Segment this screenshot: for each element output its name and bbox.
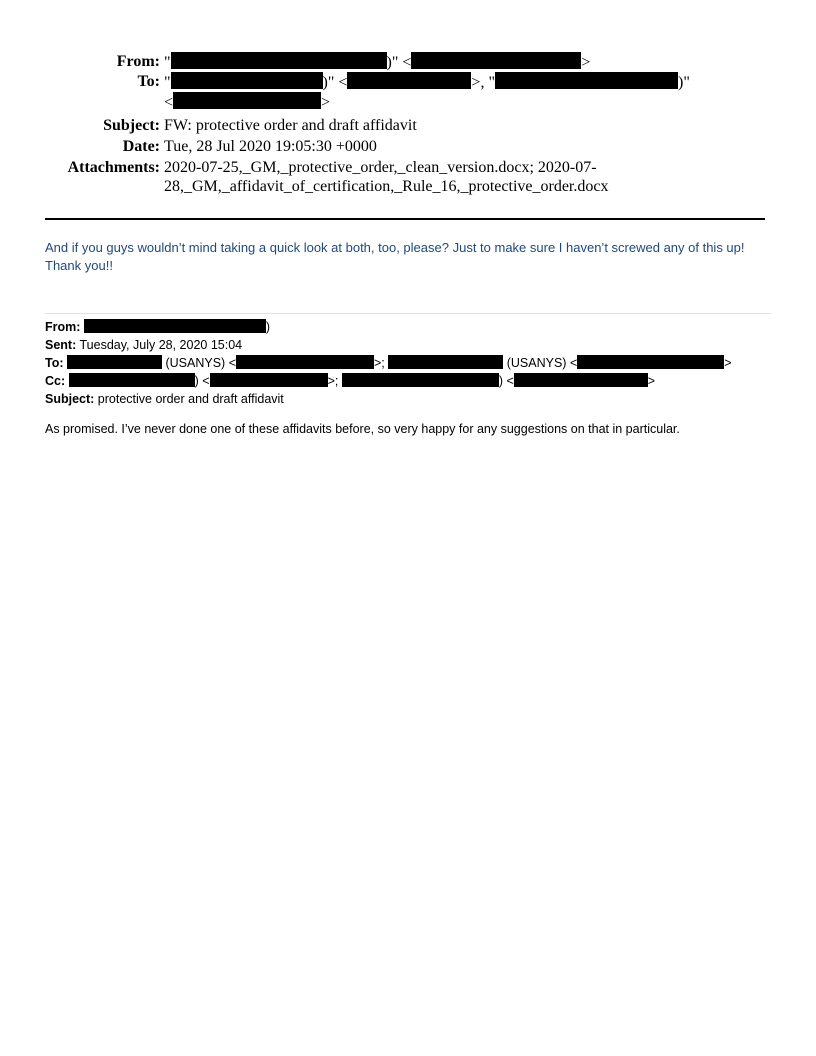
- email-header: From: ")" <> To: ")" <>, ")"<> Subject: …: [0, 52, 816, 196]
- redaction: [67, 355, 162, 369]
- redaction: [69, 373, 195, 387]
- to-label: To:: [0, 72, 160, 112]
- fwd-subject-row: Subject: protective order and draft affi…: [45, 390, 785, 408]
- header-from-row: From: ")" <>: [0, 52, 816, 72]
- redaction: [173, 92, 321, 109]
- redaction: [84, 319, 266, 333]
- redaction: [171, 72, 323, 89]
- fwd-to-org: (USANYS): [507, 356, 567, 370]
- header-subject-row: Subject: FW: protective order and draft …: [0, 116, 816, 135]
- fwd-to-label: To:: [45, 356, 64, 370]
- reply-body: And if you guys wouldn’t mind taking a q…: [45, 239, 765, 275]
- from-label: From:: [0, 52, 160, 72]
- redaction: [236, 355, 374, 369]
- date-label: Date:: [0, 137, 160, 156]
- fwd-sent-label: Sent:: [45, 338, 76, 352]
- redaction: [577, 355, 724, 369]
- fwd-to-org: (USANYS): [165, 356, 225, 370]
- attachments-value: 2020-07-25,_GM,_protective_order,_clean_…: [160, 158, 764, 196]
- redaction: [495, 72, 678, 89]
- fwd-to-row: To: (USANYS) <>; (USANYS) <>: [45, 354, 785, 372]
- fwd-subject-value: protective order and draft affidavit: [98, 392, 284, 406]
- fwd-body: As promised. I’ve never done one of thes…: [45, 420, 785, 438]
- header-attachments-row: Attachments: 2020-07-25,_GM,_protective_…: [0, 158, 816, 196]
- from-value: ")" <>: [160, 52, 764, 72]
- to-value: ")" <>, ")"<>: [160, 72, 764, 112]
- fwd-sent-row: Sent: Tuesday, July 28, 2020 15:04: [45, 336, 785, 354]
- attachments-label: Attachments:: [0, 158, 160, 196]
- header-divider: [45, 218, 765, 220]
- redaction: [347, 72, 471, 89]
- fwd-from-label: From:: [45, 320, 80, 334]
- forwarded-message: From: ) Sent: Tuesday, July 28, 2020 15:…: [45, 318, 785, 438]
- fwd-sent-value: Tuesday, July 28, 2020 15:04: [80, 338, 243, 352]
- forward-divider: [45, 313, 771, 314]
- fwd-from-row: From: ): [45, 318, 785, 336]
- header-date-row: Date: Tue, 28 Jul 2020 19:05:30 +0000: [0, 137, 816, 156]
- redaction: [210, 373, 328, 387]
- subject-value: FW: protective order and draft affidavit: [160, 116, 764, 135]
- redaction: [171, 52, 387, 69]
- subject-label: Subject:: [0, 116, 160, 135]
- redaction: [411, 52, 581, 69]
- fwd-cc-label: Cc:: [45, 374, 65, 388]
- fwd-cc-row: Cc: ) <>; ) <>: [45, 372, 785, 390]
- header-to-row: To: ")" <>, ")"<>: [0, 72, 816, 112]
- redaction: [388, 355, 503, 369]
- redaction: [342, 373, 499, 387]
- date-value: Tue, 28 Jul 2020 19:05:30 +0000: [160, 137, 764, 156]
- attachment-link[interactable]: 28,_GM,_affidavit_of_certification,_Rule…: [164, 178, 608, 195]
- redaction: [514, 373, 648, 387]
- attachment-link[interactable]: 2020-07-25,_GM,_protective_order,_clean_…: [164, 159, 597, 176]
- fwd-subject-label: Subject:: [45, 392, 94, 406]
